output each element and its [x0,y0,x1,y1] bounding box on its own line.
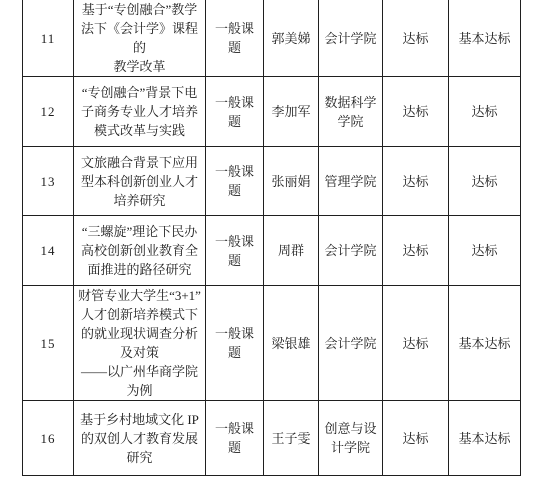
college-cell: 会计学院 [319,286,383,401]
college-cell: 会计学院 [319,216,383,286]
project-type-cell: 一般课 题 [206,286,264,401]
status-cell-2: 达标 [449,77,521,147]
table-wrapper: 11 基于“专创融合”教学 法下《会计学》课程的 教学改革 一般课 题 郭美娣 … [22,0,520,476]
leader-name-cell: 郭美娣 [264,0,319,77]
status-cell-2: 基本达标 [449,0,521,77]
status-cell-1: 达标 [383,216,449,286]
leader-name-cell: 李加军 [264,77,319,147]
project-title-cell: 基于乡村地域文化 IP 的双创人才教育发展 研究 [74,401,206,476]
row-number-cell: 15 [23,286,74,401]
table-row: 15 财管专业大学生“3+1” 人才创新培养模式下 的就业现状调查分析 及对策 … [23,286,521,401]
status-cell-2: 基本达标 [449,286,521,401]
leader-name-cell: 张丽娟 [264,147,319,216]
college-cell: 管理学院 [319,147,383,216]
college-cell: 会计学院 [319,0,383,77]
status-cell-2: 达标 [449,216,521,286]
project-type-cell: 一般课 题 [206,0,264,77]
row-number-cell: 12 [23,77,74,147]
project-title-cell: “三螺旋”理论下民办 高校创新创业教育全 面推进的路径研究 [74,216,206,286]
project-title-cell: “专创融合”背景下电 子商务专业人才培养 模式改革与实践 [74,77,206,147]
project-title-cell: 基于“专创融合”教学 法下《会计学》课程的 教学改革 [74,0,206,77]
project-type-cell: 一般课 题 [206,77,264,147]
row-number-cell: 14 [23,216,74,286]
project-type-cell: 一般课 题 [206,401,264,476]
leader-name-cell: 周群 [264,216,319,286]
table-row: 11 基于“专创融合”教学 法下《会计学》课程的 教学改革 一般课 题 郭美娣 … [23,0,521,77]
row-number-cell: 16 [23,401,74,476]
table-row: 16 基于乡村地域文化 IP 的双创人才教育发展 研究 一般课 题 王子雯 创意… [23,401,521,476]
table-row: 13 文旅融合背景下应用 型本科创新创业人才 培养研究 一般课 题 张丽娟 管理… [23,147,521,216]
row-number-cell: 13 [23,147,74,216]
status-cell-1: 达标 [383,401,449,476]
table-row: 12 “专创融合”背景下电 子商务专业人才培养 模式改革与实践 一般课 题 李加… [23,77,521,147]
status-cell-1: 达标 [383,286,449,401]
leader-name-cell: 王子雯 [264,401,319,476]
status-cell-1: 达标 [383,77,449,147]
project-evaluation-table: 11 基于“专创融合”教学 法下《会计学》课程的 教学改革 一般课 题 郭美娣 … [22,0,521,476]
row-number-cell: 11 [23,0,74,77]
project-type-cell: 一般课 题 [206,147,264,216]
college-cell: 数据科学 学院 [319,77,383,147]
status-cell-1: 达标 [383,147,449,216]
status-cell-2: 基本达标 [449,401,521,476]
table-row: 14 “三螺旋”理论下民办 高校创新创业教育全 面推进的路径研究 一般课 题 周… [23,216,521,286]
leader-name-cell: 梁银雄 [264,286,319,401]
project-title-cell: 文旅融合背景下应用 型本科创新创业人才 培养研究 [74,147,206,216]
project-type-cell: 一般课 题 [206,216,264,286]
project-title-cell: 财管专业大学生“3+1” 人才创新培养模式下 的就业现状调查分析 及对策 ——以… [74,286,206,401]
status-cell-1: 达标 [383,0,449,77]
college-cell: 创意与设 计学院 [319,401,383,476]
status-cell-2: 达标 [449,147,521,216]
